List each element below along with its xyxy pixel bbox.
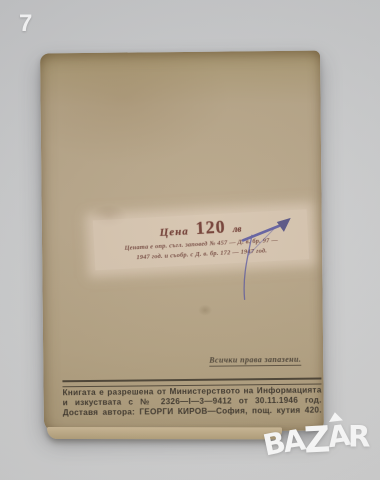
price-value: 120 bbox=[195, 217, 226, 240]
watermark-letter: Z bbox=[303, 419, 329, 461]
price-prefix: Цена bbox=[159, 225, 189, 239]
photo-index-label: 7 bbox=[19, 10, 32, 38]
watermark-letter: A bbox=[281, 423, 306, 460]
watermark-letter: R bbox=[348, 419, 368, 453]
bazar-watermark-logo: BAZAR bbox=[261, 413, 370, 463]
rights-notice: Всички права запазени. bbox=[209, 355, 301, 367]
ink-arrow-mark bbox=[235, 213, 298, 314]
listing-photo: 7 Цена 120 лв Цената е опр. съгл. запове… bbox=[0, 0, 380, 480]
book-back-cover: Цена 120 лв Цената е опр. съгл. заповед … bbox=[40, 51, 324, 434]
imprint-line3: Доставя автора: ГЕОРГИ КИРОВ—София, пощ.… bbox=[63, 406, 322, 419]
watermark-letter: A bbox=[325, 418, 349, 454]
imprint-block: Книгата е разрешена от Министерството на… bbox=[63, 386, 322, 419]
